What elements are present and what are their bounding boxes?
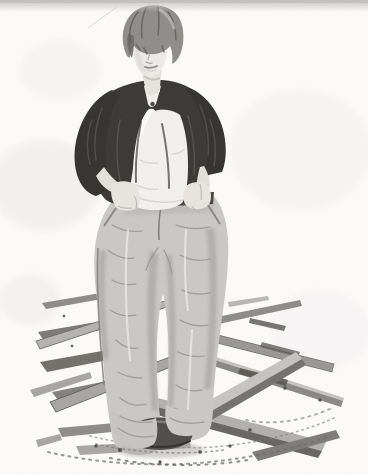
pencil-sketch-image xyxy=(0,0,368,475)
paper-grain xyxy=(0,0,368,475)
sketch-page xyxy=(0,0,368,475)
